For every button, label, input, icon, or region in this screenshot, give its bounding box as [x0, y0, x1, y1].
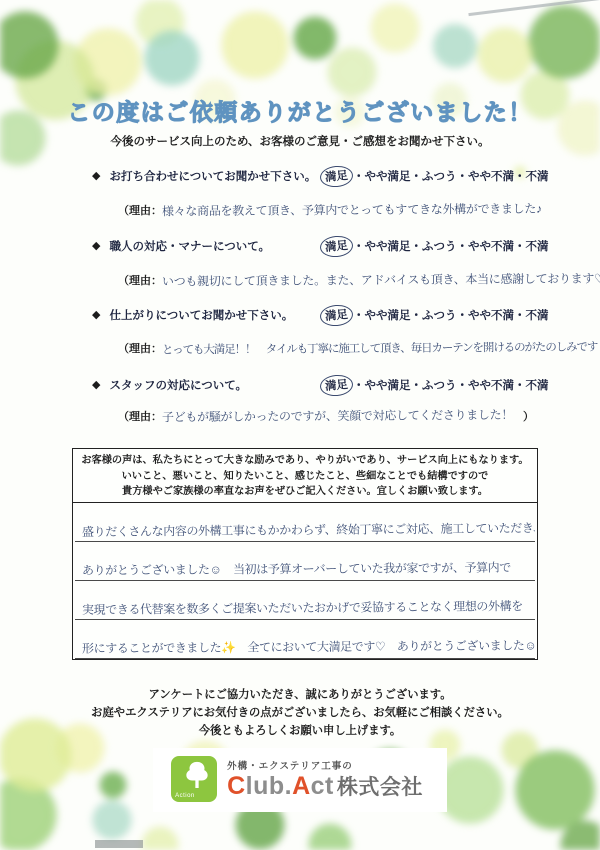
rating-options: ・やや満足・ふつう・やや不満・不満 — [353, 171, 549, 183]
reason-row: （理由：様々な商品を教えて頂き、予算内でとってもすてきな外構ができました♪ — [118, 201, 552, 219]
question-row-meeting: ◆お打ち合わせについてお聞かせ下さい。 満足・やや満足・ふつう・やや不満・不満 — [92, 167, 572, 185]
tree-glyph — [179, 758, 215, 794]
handwritten-comment-line: 盛りだくさんな内容の外構工事にもかかわらず、終始丁寧にご対応、施工していただき、 — [75, 503, 535, 542]
rating-selected-circle: 満足 — [319, 235, 354, 259]
footer-line: アンケートにご協力いただき、誠にありがとうございます。 — [0, 686, 600, 704]
rating-options: ・やや満足・ふつう・やや不満・不満 — [353, 380, 549, 392]
question-label: スタッフの対応について。 — [109, 380, 247, 392]
rating-scale: 満足・やや満足・ふつう・やや不満・不満 — [320, 166, 549, 187]
diamond-bullet-icon: ◆ — [92, 240, 100, 252]
rating-selected-circle: 満足 — [319, 165, 354, 189]
reason-prefix: （理由： — [118, 205, 162, 217]
scan-artifact-bottom — [95, 840, 143, 848]
comment-text: ありがとうございました☺ 当初は予算オーバーしていた我が家ですが、予算内で — [82, 558, 511, 578]
reason-handwriting: 子どもが騒がしかったのですが、笑顔で対応してくださりました！ — [162, 406, 513, 425]
diamond-bullet-icon: ◆ — [92, 170, 100, 182]
reason-handwriting: とっても大満足！！ タイルも丁寧に施工して頂き、毎日カーテンを開けるのがたのしみ… — [162, 338, 597, 357]
rating-scale: 満足・やや満足・ふつう・やや不満・不満 — [320, 375, 549, 396]
reason-handwriting: いつも親切にして頂きました。また、アドバイスも頂き、本当に感謝しております♡ — [162, 269, 600, 289]
rating-selected-circle: 満足 — [319, 374, 354, 398]
rating-scale: 満足・やや満足・ふつう・やや不満・不満 — [320, 305, 549, 326]
tree-logo-icon: Action — [171, 756, 217, 802]
comment-text: 実現できる代替案を数多くご提案いただいたおかげで妥協することなく理想の外構を — [82, 597, 523, 618]
reason-handwriting: 様々な商品を教えて頂き、予算内でとってもすてきな外構ができました♪ — [162, 200, 542, 220]
brand-letters: lub. — [246, 772, 292, 800]
rating-scale: 満足・やや満足・ふつう・やや不満・不満 — [320, 236, 549, 257]
handwritten-comment-line: 実現できる代替案を数多くご提案いただいたおかげで妥協することなく理想の外構を — [75, 581, 535, 620]
question-label: お打ち合わせについてお聞かせ下さい。 — [109, 171, 316, 183]
brand-letter: C — [227, 772, 246, 800]
question-label: 職人の対応・マナーについて。 — [109, 241, 270, 253]
company-logo: Action 外構・エクステリア工事の Club.Act株式会社 — [0, 748, 600, 812]
company-tagline: 外構・エクステリア工事の — [227, 758, 423, 772]
intro-line: いいこと、悪いこと、知りたいこと、感じたこと、些細なことでも結構ですので — [73, 469, 537, 485]
logo-icon-label: Action — [175, 793, 195, 799]
reason-row: （理由：子どもが騒がしかったのですが、笑顔で対応してくださりました！） — [118, 407, 534, 425]
brand-letters: ct — [311, 772, 334, 800]
intro-line: 貴方様やご家族様の率直なお声をぜひご記入ください。宜しくお願い致します。 — [73, 484, 537, 500]
page-title: この度はご依頼ありがとうございました！ — [0, 94, 600, 127]
reason-row: （理由：とっても大満足！！ タイルも丁寧に施工して頂き、毎日カーテンを開けるのが… — [118, 339, 600, 357]
scan-artifact-top — [468, 0, 600, 16]
page-subtitle: 今後のサービス向上のため、お客様のご意見・ご感想をお聞かせ下さい。 — [0, 133, 600, 149]
reason-prefix: （理由： — [118, 275, 162, 287]
customer-voice-box: お客様の声は、私たちにとって大きな励みであり、やりがいであり、サービス向上にもな… — [72, 448, 538, 660]
rating-options: ・やや満足・ふつう・やや不満・不満 — [353, 310, 549, 322]
company-name: Club.Act株式会社 — [227, 773, 423, 801]
question-row-finish: ◆仕上がりについてお聞かせ下さい。 満足・やや満足・ふつう・やや不満・不満 — [92, 306, 572, 324]
question-label: 仕上がりについてお聞かせ下さい。 — [109, 310, 293, 322]
footer-line: 今後ともよろしくお願い申し上げます。 — [0, 722, 600, 740]
reason-prefix: （理由： — [118, 343, 162, 355]
company-name-block: 外構・エクステリア工事の Club.Act株式会社 — [227, 758, 423, 801]
rating-selected-circle: 満足 — [319, 304, 354, 328]
intro-line: お客様の声は、私たちにとって大きな励みであり、やりがいであり、サービス向上にもな… — [73, 453, 537, 469]
company-logo-panel: Action 外構・エクステリア工事の Club.Act株式会社 — [153, 748, 447, 812]
brand-suffix: 株式会社 — [337, 776, 423, 799]
diamond-bullet-icon: ◆ — [92, 309, 100, 321]
comment-text: 盛りだくさんな内容の外構工事にもかかわらず、終始丁寧にご対応、施工していただき、 — [82, 518, 535, 539]
thank-you-footer: アンケートにご協力いただき、誠にありがとうございます。 お庭やエクステリアにお気… — [0, 686, 600, 740]
question-row-craftsmen: ◆職人の対応・マナーについて。 満足・やや満足・ふつう・やや不満・不満 — [92, 237, 572, 255]
handwritten-comment-line: 形にすることができました✨ 全てにおいて大満足です♡ ありがとうございました☺ — [75, 620, 535, 659]
reason-prefix: （理由： — [118, 411, 162, 423]
comment-text: 形にすることができました✨ 全てにおいて大満足です♡ ありがとうございました☺ — [82, 636, 535, 656]
reason-row: （理由：いつも親切にして頂きました。また、アドバイスも頂き、本当に感謝しておりま… — [118, 271, 600, 289]
handwritten-comment-line: ありがとうございました☺ 当初は予算オーバーしていた我が家ですが、予算内で — [75, 542, 535, 581]
rating-options: ・やや満足・ふつう・やや不満・不満 — [353, 241, 549, 253]
reason-suffix: ） — [523, 411, 534, 423]
survey-scan-page: この度はご依頼ありがとうございました！ 今後のサービス向上のため、お客様のご意見… — [0, 0, 600, 850]
question-row-staff: ◆スタッフの対応について。 満足・やや満足・ふつう・やや不満・不満 — [92, 376, 572, 394]
brand-letter: A — [292, 772, 311, 800]
diamond-bullet-icon: ◆ — [92, 379, 100, 391]
customer-voice-intro: お客様の声は、私たちにとって大きな励みであり、やりがいであり、サービス向上にもな… — [73, 449, 537, 500]
footer-line: お庭やエクステリアにお気付きの点がございましたら、お気軽にご相談ください。 — [0, 704, 600, 722]
